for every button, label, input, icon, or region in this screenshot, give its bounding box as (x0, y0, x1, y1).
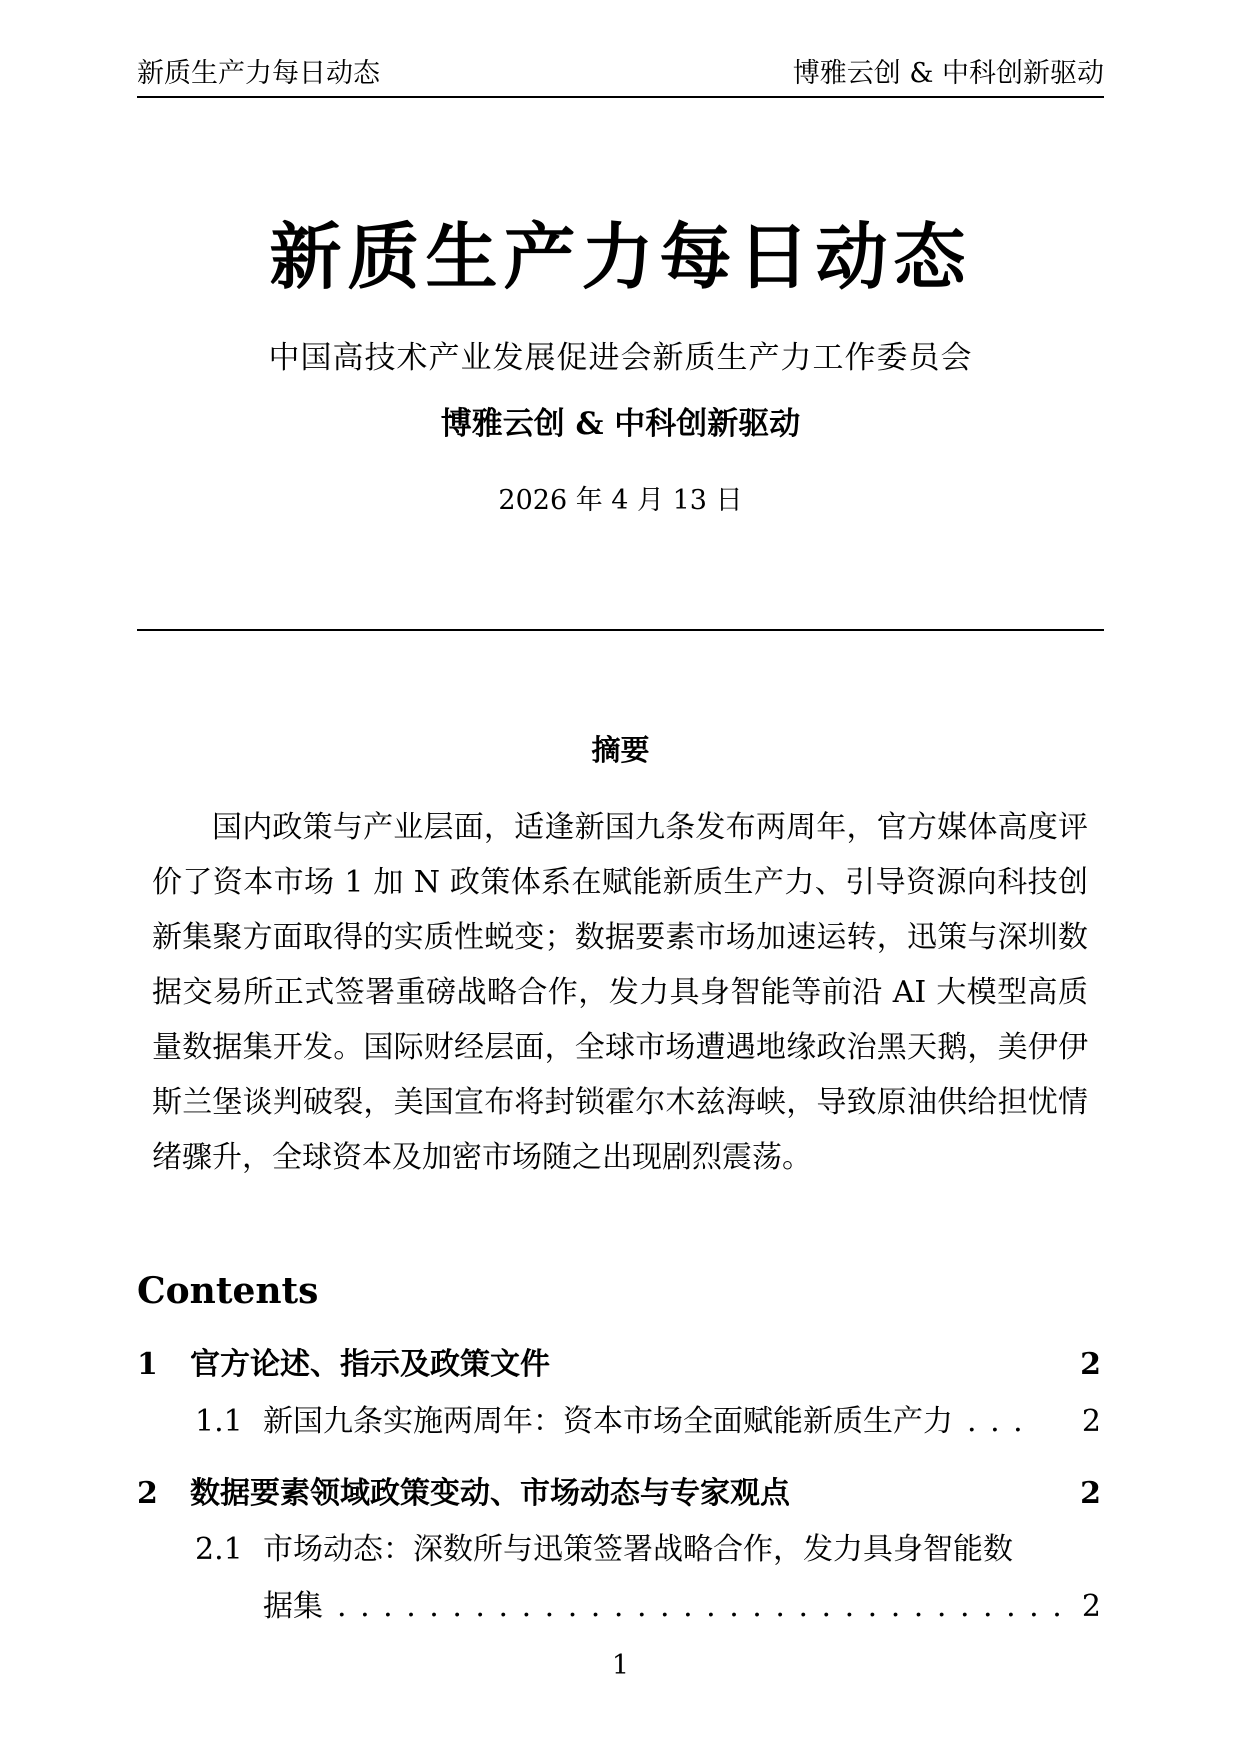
header-right-title: 博雅云创 & 中科创新驱动 (793, 58, 1104, 90)
toc-entry-number: 1.1 (195, 1404, 263, 1440)
abstract-heading: 摘要 (0, 733, 1241, 767)
page-number: 1 (0, 1650, 1241, 1682)
toc-entry-section-1: 1 官方论述、指示及政策文件 2 (137, 1347, 1101, 1383)
document-organization: 中国高技术产业发展促进会新质生产力工作委员会 (0, 338, 1241, 378)
toc-entry-section-2: 2 数据要素领域政策变动、市场动态与专家观点 2 (137, 1476, 1101, 1512)
document-title: 新质生产力每日动态 (0, 212, 1241, 302)
toc-entry-title: 官方论述、指示及政策文件 (190, 1347, 550, 1383)
toc-leader-dots: . . . (953, 1404, 1025, 1440)
toc-entry-title: 数据要素领域政策变动、市场动态与专家观点 (190, 1476, 790, 1512)
toc-entry-number: 2.1 (195, 1532, 263, 1568)
toc-entry-page: 2 (1064, 1589, 1101, 1625)
toc-entry-title: 市场动态：深数所与迅策签署战略合作，发力具身智能数 (263, 1532, 1013, 1568)
document-authors: 博雅云创 & 中科创新驱动 (0, 404, 1241, 444)
toc-entry-page: 2 (1062, 1347, 1101, 1383)
toc-entry-title: 新国九条实施两周年：资本市场全面赋能新质生产力 (263, 1404, 953, 1440)
header-rule (137, 96, 1104, 98)
document-page: 新质生产力每日动态 博雅云创 & 中科创新驱动 新质生产力每日动态 中国高技术产… (0, 0, 1241, 1754)
toc-leader-dots: . . . . . . . . . . . . . . . . . . . . … (323, 1589, 1064, 1625)
abstract-paragraph: 国内政策与产业层面，适逢新国九条发布两周年，官方媒体高度评价了资本市场 1 加 … (152, 800, 1088, 1185)
toc-entry-number: 2 (137, 1476, 190, 1512)
toc-entry-subsection-1-1: 1.1 新国九条实施两周年：资本市场全面赋能新质生产力 . . . 2 (195, 1404, 1101, 1440)
toc-entry-page: 2 (1064, 1404, 1101, 1440)
contents-heading: Contents (137, 1270, 318, 1312)
toc-entry-subsection-2-1-line2: 据集 . . . . . . . . . . . . . . . . . . .… (263, 1589, 1101, 1625)
title-divider-rule (137, 629, 1104, 631)
toc-entry-page: 2 (1062, 1476, 1101, 1512)
toc-entry-title-continued: 据集 (263, 1589, 323, 1625)
document-date: 2026 年 4 月 13 日 (0, 484, 1241, 518)
toc-entry-subsection-2-1-line1: 2.1 市场动态：深数所与迅策签署战略合作，发力具身智能数 (195, 1532, 1101, 1568)
header-left-title: 新质生产力每日动态 (137, 58, 380, 90)
toc-entry-number: 1 (137, 1347, 190, 1383)
